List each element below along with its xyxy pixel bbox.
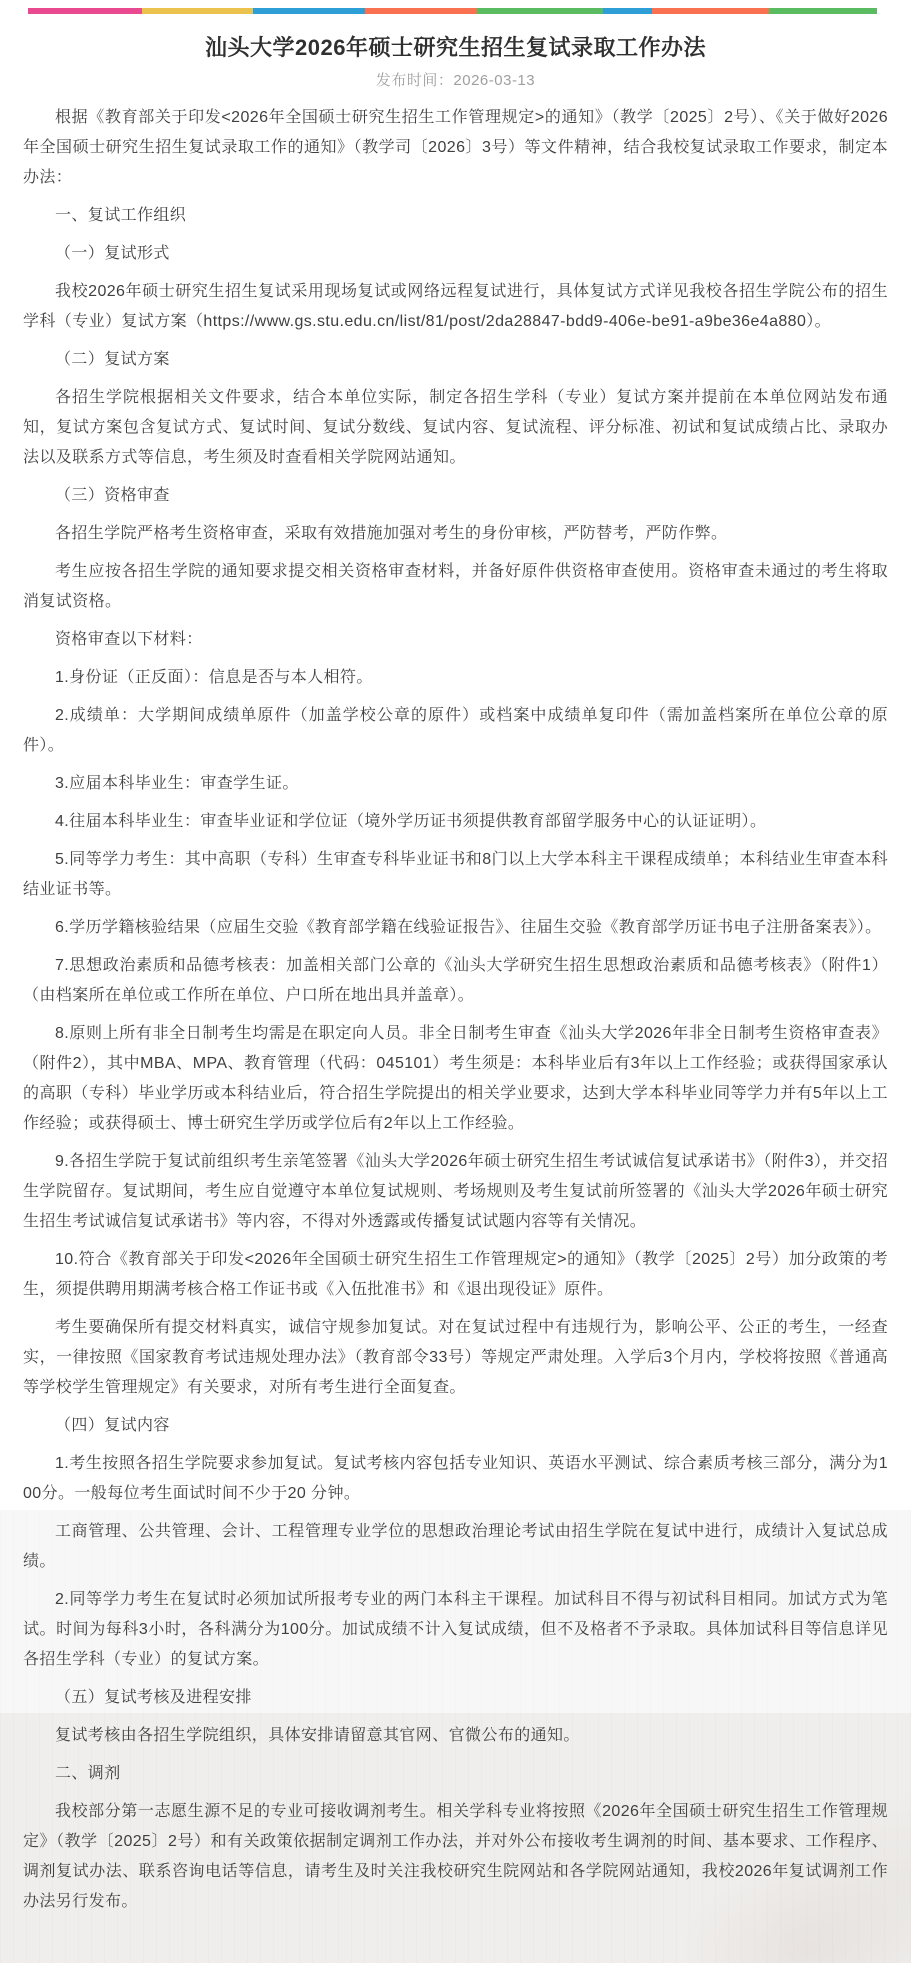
color-bar-segment [603,8,652,14]
color-bar-segment [477,8,603,14]
article-paragraph: 10.符合《教育部关于印发<2026年全国硕士研究生招生工作管理规定>的通知》（… [23,1245,888,1305]
section-heading: （三）资格审查 [23,481,888,511]
section-heading: 二、调剂 [23,1759,888,1789]
publish-date-value: 2026-03-13 [453,72,535,89]
section-heading: 一、复试工作组织 [23,201,888,231]
article-paragraph: 考生应按各招生学院的通知要求提交相关资格审查材料，并备好原件供资格审查使用。资格… [23,557,888,617]
publish-date-label: 发布时间： [376,72,454,89]
color-bar-segment [28,8,142,14]
article-paragraph: 资格审查以下材料： [23,625,888,655]
section-heading: （四）复试内容 [23,1411,888,1441]
article-paragraph: 9.各招生学院于复试前组织考生亲笔签署《汕头大学2026年硕士研究生招生考试诚信… [23,1147,888,1237]
article-paragraph: 8.原则上所有非全日制考生均需是在职定向人员。非全日制考生审查《汕头大学2026… [23,1019,888,1139]
color-bar-segment [365,8,477,14]
article-paragraph: 工商管理、公共管理、会计、工程管理专业学位的思想政治理论考试由招生学院在复试中进… [23,1517,888,1577]
publish-date-line: 发布时间：2026-03-13 [0,69,911,90]
article-paragraph: 根据《教育部关于印发<2026年全国硕士研究生招生工作管理规定>的通知》（教学〔… [23,103,888,193]
color-bar-segment [769,8,877,14]
section-heading: （五）复试考核及进程安排 [23,1683,888,1713]
page-title: 汕头大学2026年硕士研究生招生复试录取工作办法 [20,36,891,60]
article-paragraph: 3.应届本科毕业生：审查学生证。 [23,769,888,799]
section-heading: （二）复试方案 [23,345,888,375]
article-paragraph: 4.往届本科毕业生：审查毕业证和学位证（境外学历证书须提供教育部留学服务中心的认… [23,807,888,837]
color-bar-segment [253,8,365,14]
article-paragraph: 1.考生按照各招生学院要求参加复试。复试考核内容包括专业知识、英语水平测试、综合… [23,1449,888,1509]
article-paragraph: 考生要确保所有提交材料真实，诚信守规参加复试。对在复试过程中有违规行为，影响公平… [23,1313,888,1403]
article-paragraph: 1.身份证（正反面）：信息是否与本人相符。 [23,663,888,693]
decorative-color-bar [28,8,877,14]
article-paragraph: 7.思想政治素质和品德考核表：加盖相关部门公章的《汕头大学研究生招生思想政治素质… [23,951,888,1011]
article-paragraph: 2.成绩单：大学期间成绩单原件（加盖学校公章的原件）或档案中成绩单复印件（需加盖… [23,701,888,761]
color-bar-segment [142,8,253,14]
article-paragraph: 2.同等学力考生在复试时必须加试所报考专业的两门本科主干课程。加试科目不得与初试… [23,1585,888,1675]
article-body: 根据《教育部关于印发<2026年全国硕士研究生招生工作管理规定>的通知》（教学〔… [23,103,888,1917]
article-paragraph: 各招生学院根据相关文件要求，结合本单位实际，制定各招生学科（专业）复试方案并提前… [23,383,888,473]
article-paragraph: 各招生学院严格考生资格审查，采取有效措施加强对考生的身份审核，严防替考，严防作弊… [23,519,888,549]
page-content: 汕头大学2026年硕士研究生招生复试录取工作办法 发布时间：2026-03-13… [0,8,911,1917]
article-paragraph: 我校2026年硕士研究生招生复试采用现场复试或网络远程复试进行，具体复试方式详见… [23,277,888,337]
section-heading: （一）复试形式 [23,239,888,269]
article-paragraph: 我校部分第一志愿生源不足的专业可接收调剂考生。相关学科专业将按照《2026年全国… [23,1797,888,1917]
article-paragraph: 6.学历学籍核验结果（应届生交验《教育部学籍在线验证报告》、往届生交验《教育部学… [23,913,888,943]
article-paragraph: 复试考核由各招生学院组织，具体安排请留意其官网、官微公布的通知。 [23,1721,888,1751]
color-bar-segment [652,8,769,14]
notice-page: 汕头大学2026年硕士研究生招生复试录取工作办法 发布时间：2026-03-13… [0,0,911,1963]
article-paragraph: 5.同等学力考生：其中高职（专科）生审查专科毕业证书和8门以上大学本科主干课程成… [23,845,888,905]
